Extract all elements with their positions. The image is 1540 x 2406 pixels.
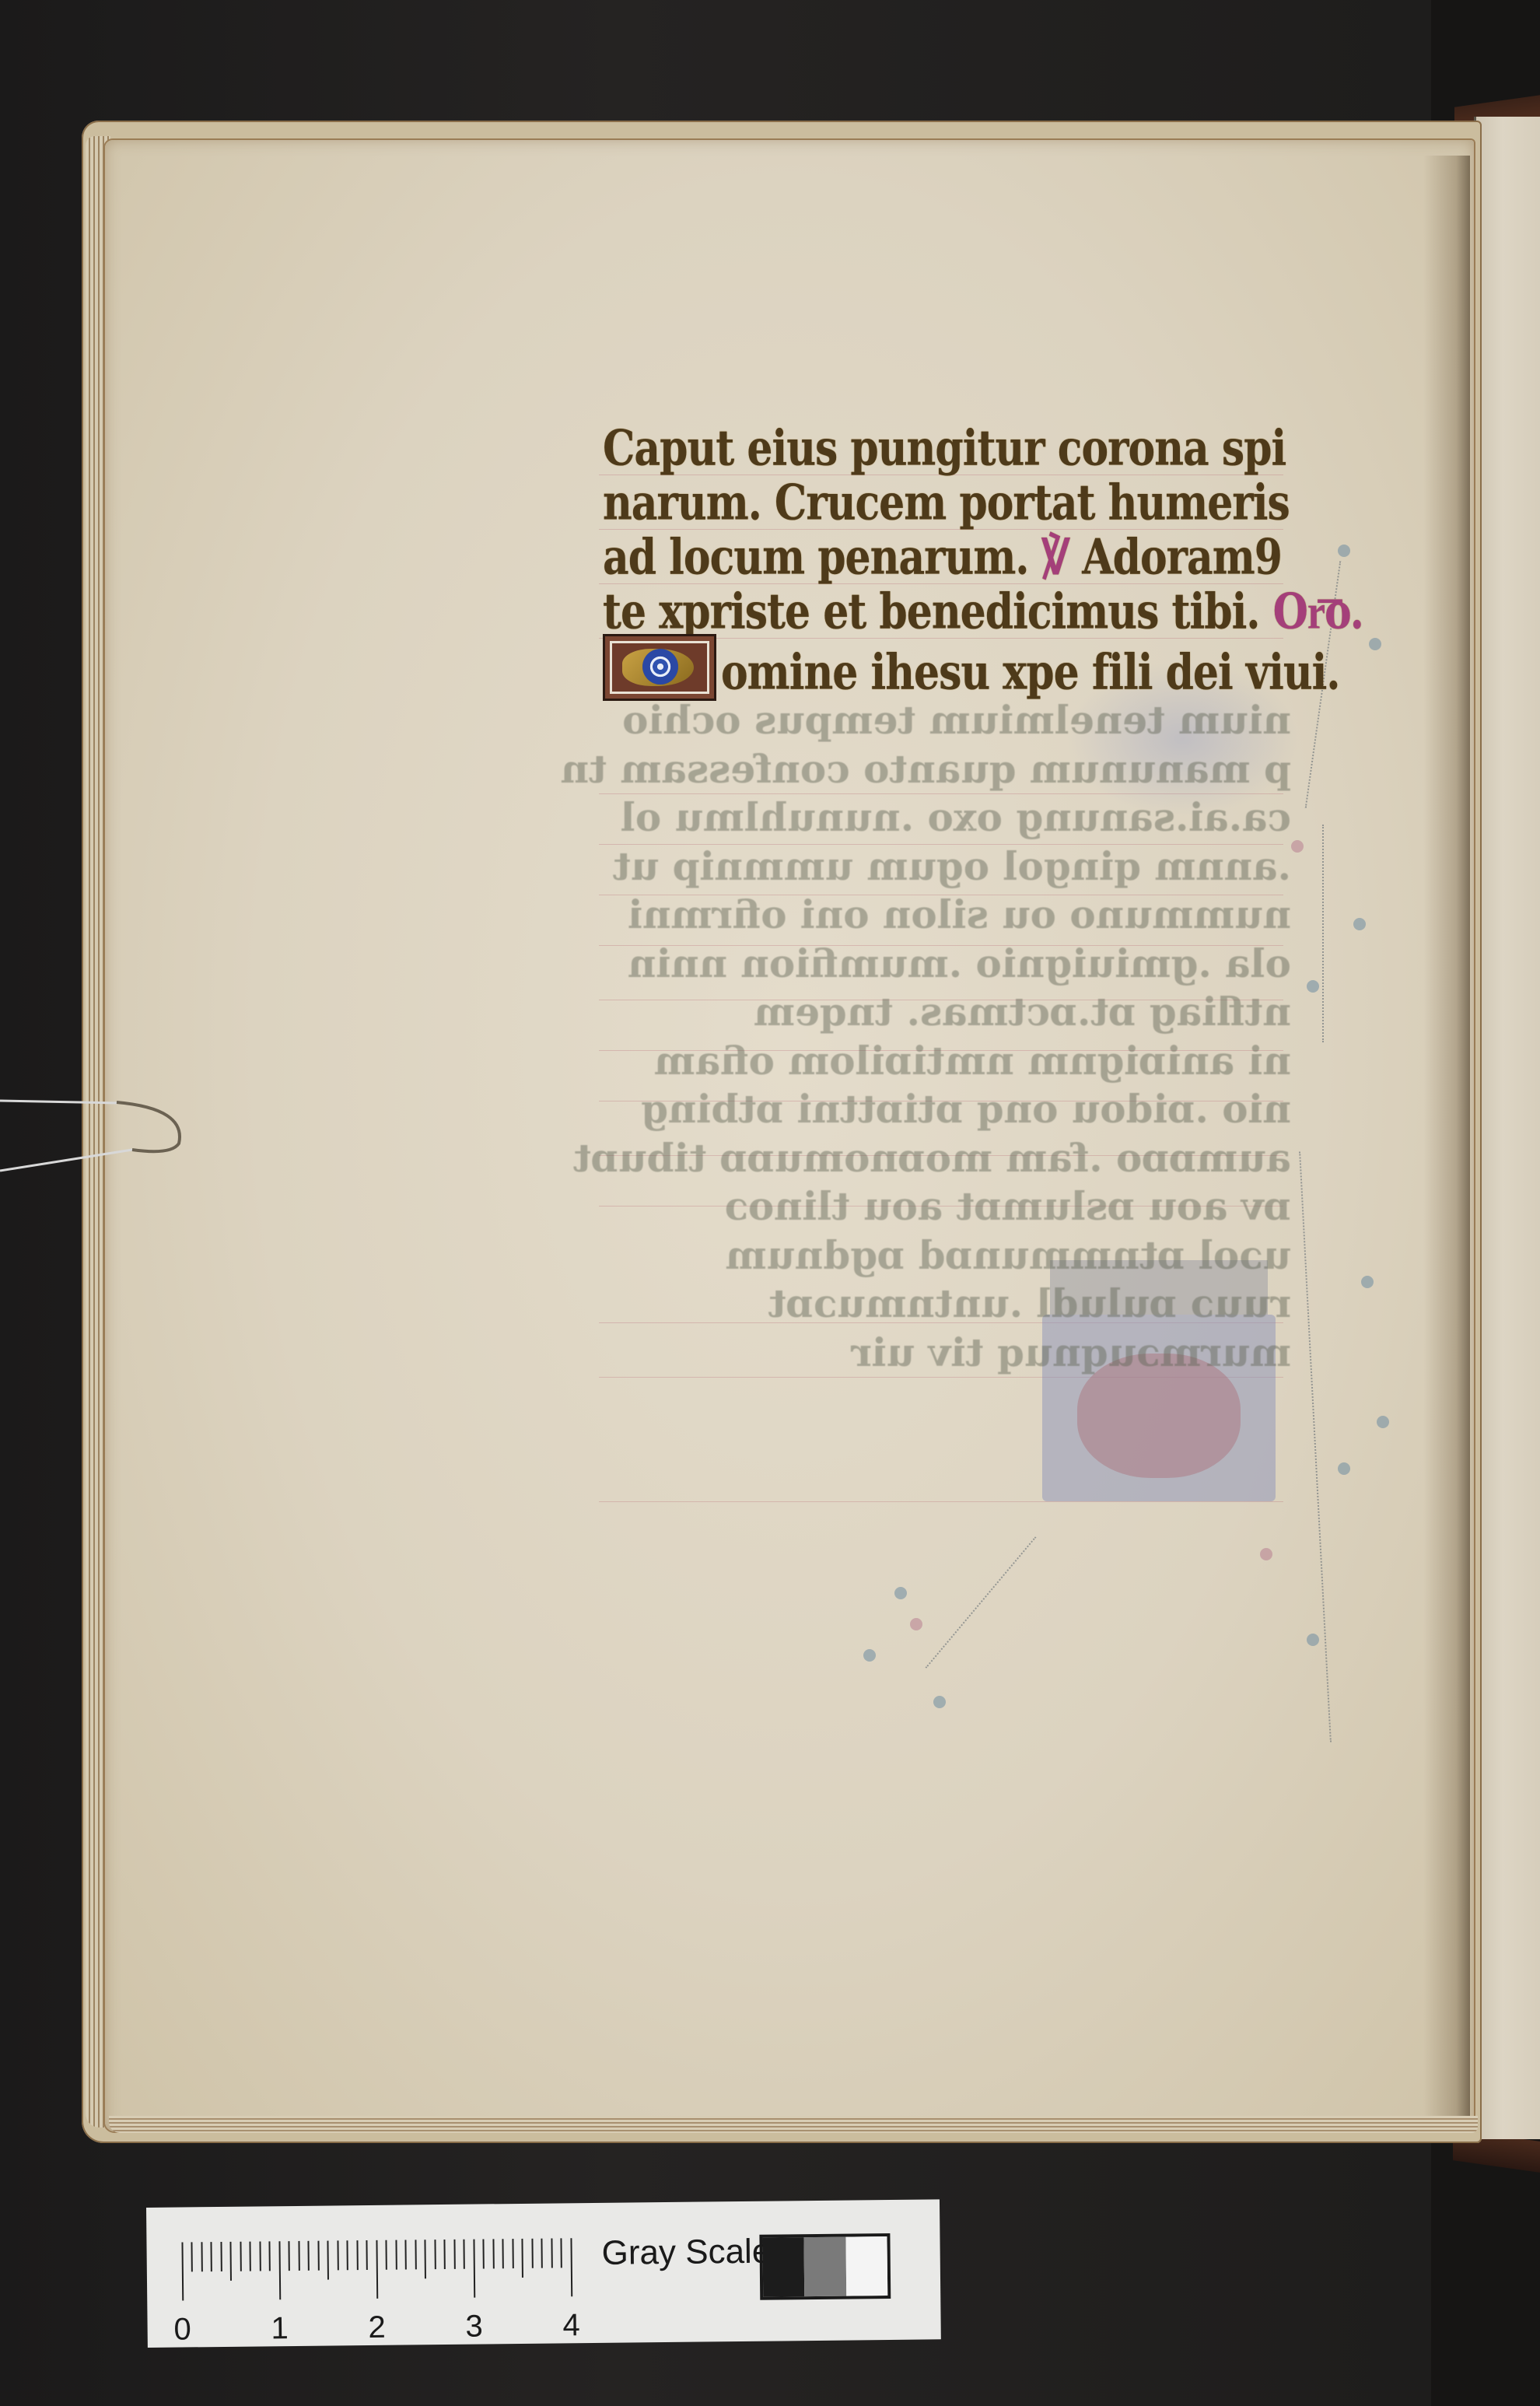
- showthrough-line: .annm qingol ogum ummnip ut: [591, 842, 1291, 891]
- page-edge-bottom: [109, 2116, 1478, 2133]
- showthrough-line: nummuno ou silon oni ofirmni: [591, 891, 1291, 940]
- vine-flower: [1291, 840, 1304, 853]
- vine-flower: [1369, 638, 1381, 650]
- showthrough-line: ni aniɒignm nmtiɒilom ofiam: [591, 1037, 1291, 1086]
- vine-flower: [1377, 1416, 1389, 1428]
- illuminated-initial: [603, 634, 716, 701]
- gray-scale-label: Gray Scale: [601, 2233, 771, 2273]
- vine-flower: [933, 1696, 946, 1708]
- fore-edge-soiling: [1423, 156, 1470, 2116]
- vine-flower: [1353, 918, 1366, 930]
- ruler-label: 0: [173, 2312, 191, 2347]
- showthrough-line: p manunum quanto confessam tn: [591, 745, 1291, 794]
- swatch-white: [845, 2236, 887, 2296]
- line-text: ad locum penarum.: [603, 529, 1042, 586]
- facing-page-edge: [1474, 117, 1540, 2139]
- line-text: Caput eius pungitur corona spi: [603, 420, 1286, 477]
- swatch-gray: [804, 2237, 846, 2297]
- gray-scale-swatches: [759, 2233, 891, 2300]
- initial-blue-swirl: [642, 649, 678, 685]
- showthrough-line: murmɔuqnuq tiv uir: [591, 1329, 1291, 1378]
- showthrough-line: ɒv aou ɒslumɒt aou tlinoɔ: [591, 1182, 1291, 1231]
- vine-flower: [1260, 1548, 1272, 1560]
- line-text: Adoram9: [1069, 529, 1282, 586]
- ruler-label: 2: [368, 2310, 386, 2345]
- showthrough-line: ola .gmiuignio .mumfiion nnin: [591, 940, 1291, 989]
- rubric-oratio: Or͞o.: [1273, 583, 1363, 640]
- vine-decoration: [1322, 825, 1324, 1042]
- line-text: omine ihesu xpe fili dei viui.: [721, 640, 1340, 706]
- showthrough-line: ntfliag ɒt.ɒctmas. tnqem: [591, 988, 1291, 1037]
- scale-reference-card: 0 1 2 3 4 Gray Scale: [146, 2199, 941, 2348]
- line-text: te xpriste et benedicimus tibi.: [603, 583, 1273, 640]
- showthrough-line: ca.ai.sanung oxo .nunuhlmu ol: [591, 793, 1291, 842]
- vine-flower: [1338, 1462, 1350, 1475]
- swatch-black: [762, 2237, 804, 2297]
- line-text: narum. Crucem portat humeris: [603, 475, 1290, 531]
- ruling-line: [599, 1501, 1283, 1502]
- showthrough-line: aumɒɒo .fam moɒnomuɒɒ tibuɒt: [591, 1134, 1291, 1183]
- vine-flower: [910, 1618, 922, 1630]
- page-clip: [0, 1066, 183, 1182]
- showthrough-line: nio .ɒidou onq ɒtiɒttni ɒtbing: [591, 1085, 1291, 1134]
- showthrough-line: uɔol ɒtnmmunɒd ɒgdnum: [591, 1231, 1291, 1280]
- ruler-label: 3: [465, 2309, 483, 2344]
- vine-flower: [863, 1649, 876, 1662]
- vine-flower: [1338, 545, 1350, 557]
- ruler-label: 4: [562, 2308, 580, 2343]
- manuscript-text: Caput eius pungitur corona spi narum. Cr…: [603, 416, 1287, 706]
- ruler: 0 1 2 3 4: [181, 2238, 579, 2304]
- ruler-label: 1: [271, 2311, 289, 2346]
- showthrough-text: nium tenelmium tempus ochio p manunum qu…: [591, 696, 1291, 1377]
- text-line: omine ihesu xpe fili dei viui.: [603, 634, 1287, 706]
- vine-flower: [1307, 980, 1319, 993]
- rubric-versicle: ℣: [1042, 529, 1069, 586]
- showthrough-line: ruuɔ ɒuludl .untnmuɔɒt: [591, 1280, 1291, 1329]
- vine-flower: [1307, 1634, 1319, 1646]
- vine-flower: [894, 1587, 907, 1599]
- vine-flower: [1361, 1276, 1374, 1288]
